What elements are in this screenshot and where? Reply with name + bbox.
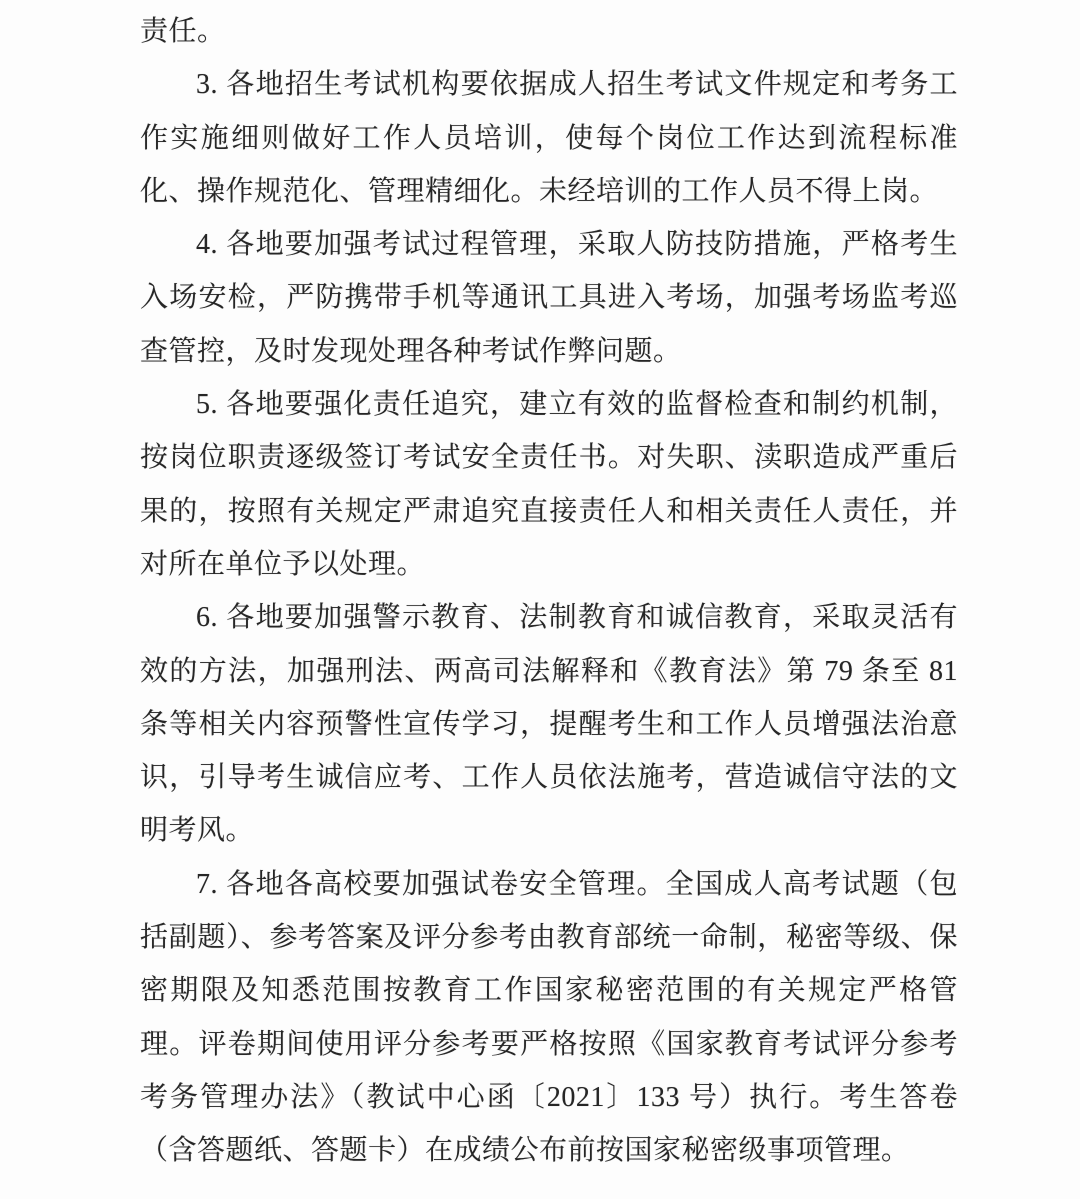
paragraph-item-6: 6. 各地要加强警示教育、法制教育和诚信教育，采取灵活有效的方法，加强刑法、两高… <box>140 591 958 857</box>
paragraph-continuation: 责任。 <box>140 5 958 58</box>
document-page: 责任。 3. 各地招生考试机构要依据成人招生考试文件规定和考务工作实施细则做好工… <box>0 0 1080 1199</box>
paragraph-item-4: 4. 各地要加强考试过程管理，采取人防技防措施，严格考生入场安检，严防携带手机等… <box>140 218 958 378</box>
paragraph-item-7: 7. 各地各高校要加强试卷安全管理。全国成人高考试题（包括副题）、参考答案及评分… <box>140 858 958 1178</box>
paragraph-item-3: 3. 各地招生考试机构要依据成人招生考试文件规定和考务工作实施细则做好工作人员培… <box>140 58 958 218</box>
document-body: 责任。 3. 各地招生考试机构要依据成人招生考试文件规定和考务工作实施细则做好工… <box>140 5 958 1178</box>
paragraph-item-5: 5. 各地要强化责任追究，建立有效的监督检查和制约机制，按岗位职责逐级签订考试安… <box>140 378 958 591</box>
